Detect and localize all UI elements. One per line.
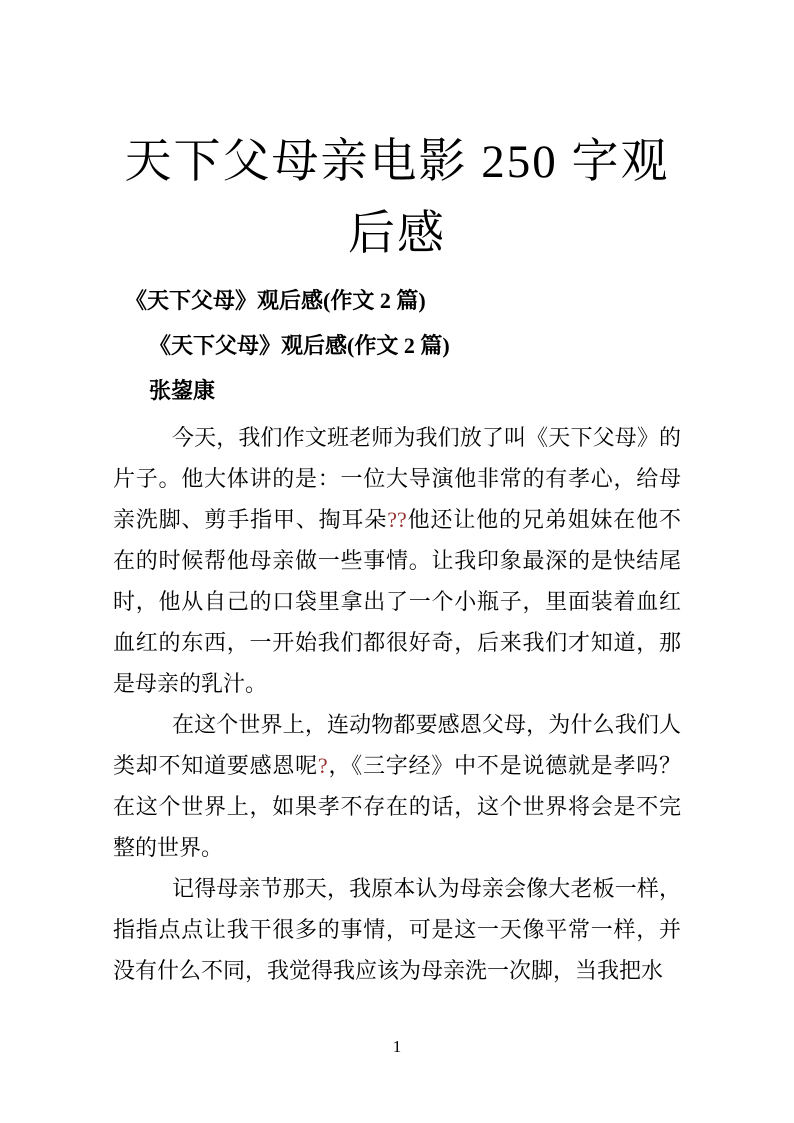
- body-text: 今天，我们作文班老师为我们放了叫《天下父母》的片子。他大体讲的是：一位大导演他非…: [113, 417, 681, 991]
- paragraph-3: 记得母亲节那天，我原本认为母亲会像大老板一样，指指点点让我干很多的事情，可是这一…: [113, 868, 681, 991]
- text-run: 他还让他的兄弟姐妹在他不在的时候帮他母亲做一些事情。让我印象最深的是快结尾时，他…: [113, 507, 681, 696]
- text-run: ?: [318, 753, 328, 778]
- paragraph-1: 今天，我们作文班老师为我们放了叫《天下父母》的片子。他大体讲的是：一位大导演他非…: [113, 417, 681, 704]
- page-content: 天下父母亲电影 250 字观后感 《天下父母》观后感(作文 2 篇) 《天下父母…: [113, 0, 681, 991]
- document-title: 天下父母亲电影 250 字观后感: [117, 126, 677, 270]
- document-page: 天下父母亲电影 250 字观后感 《天下父母》观后感(作文 2 篇) 《天下父母…: [0, 0, 794, 1123]
- heading-line-2: 《天下父母》观后感(作文 2 篇): [113, 323, 681, 368]
- paragraph-2: 在这个世界上，连动物都要感恩父母，为什么我们人类却不知道要感恩呢?，《三字经》中…: [113, 704, 681, 868]
- heading-line-1: 《天下父母》观后感(作文 2 篇): [113, 278, 681, 323]
- author-name: 张鋆康: [113, 368, 681, 413]
- text-run: 记得母亲节那天，我原本认为母亲会像大老板一样，指指点点让我干很多的事情，可是这一…: [113, 876, 681, 983]
- page-number: 1: [0, 1036, 794, 1058]
- text-run: ??: [387, 507, 407, 532]
- heading-block: 《天下父母》观后感(作文 2 篇) 《天下父母》观后感(作文 2 篇) 张鋆康: [113, 278, 681, 413]
